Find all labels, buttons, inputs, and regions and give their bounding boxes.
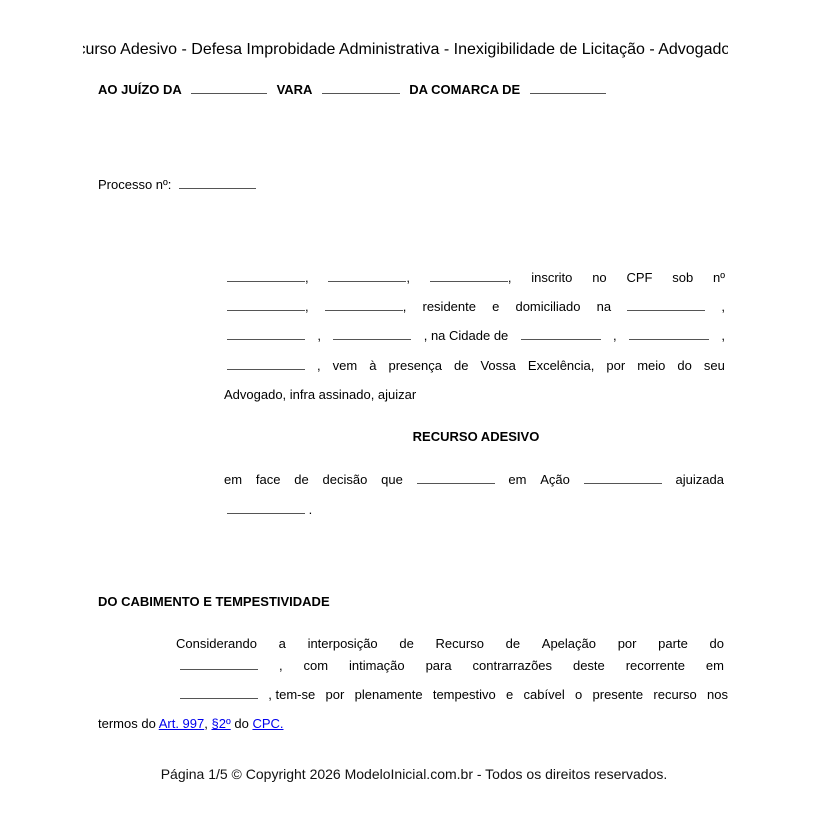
- blank-field: [325, 299, 403, 311]
- blank-field: [417, 472, 495, 484]
- blank-field: [179, 177, 256, 189]
- header-text-vara: VARA: [277, 82, 312, 97]
- blank-field: [227, 502, 305, 514]
- qualification-line-3: , , na Cidade de , ,: [227, 328, 725, 343]
- blank-field: [322, 82, 400, 94]
- blank-field: [430, 270, 508, 282]
- qualification-line-5: Advogado, infra assinado, ajuizar: [224, 387, 416, 402]
- blank-field: [227, 299, 305, 311]
- blank-field: [521, 328, 601, 340]
- header-text-comarca: DA COMARCA DE: [409, 82, 520, 97]
- blank-field: [180, 687, 258, 699]
- blank-field: [328, 270, 406, 282]
- face-line-1: em face de decisão que em Ação ajuizada: [224, 472, 724, 487]
- face-line-2: .: [227, 502, 312, 517]
- header-text-juizo: AO JUÍZO DA: [98, 82, 181, 97]
- section-title: DO CABIMENTO E TEMPESTIVIDADE: [98, 594, 330, 609]
- blank-field: [530, 82, 606, 94]
- blank-field: [629, 328, 709, 340]
- link-paragraph-2[interactable]: §2º: [212, 716, 231, 731]
- qualification-line-2: , , residente e domiciliado na ,: [227, 299, 725, 314]
- cabimento-line-1: Considerando a interposição de Recurso d…: [176, 636, 724, 651]
- blank-field: [227, 270, 305, 282]
- running-title: Recurso Adesivo - Defesa Improbidade Adm…: [83, 41, 728, 59]
- process-number: Processo nº:: [98, 177, 256, 192]
- center-title: RECURSO ADESIVO: [0, 429, 828, 444]
- blank-field: [227, 328, 305, 340]
- blank-field: [627, 299, 705, 311]
- cabimento-line-2: , com intimação para contrarrazões deste…: [180, 658, 724, 673]
- link-cpc[interactable]: CPC.: [252, 716, 283, 731]
- blank-field: [584, 472, 662, 484]
- link-art-997[interactable]: Art. 997: [159, 716, 205, 731]
- blank-field: [180, 658, 258, 670]
- blank-field: [191, 82, 267, 94]
- court-header: AO JUÍZO DA VARA DA COMARCA DE: [98, 82, 606, 97]
- page-footer: Página 1/5 © Copyright 2026 ModeloInicia…: [0, 766, 828, 782]
- cabimento-line-3: , tem-se por plenamente tempestivo e cab…: [180, 687, 728, 702]
- cabimento-line-4: termos do Art. 997, §2º do CPC.: [98, 716, 284, 731]
- blank-field: [333, 328, 411, 340]
- qualification-line-1: , , , inscrito no CPF sob nº: [227, 270, 725, 285]
- blank-field: [227, 358, 305, 370]
- qualification-line-4: , vem à presença de Vossa Excelência, po…: [227, 358, 725, 373]
